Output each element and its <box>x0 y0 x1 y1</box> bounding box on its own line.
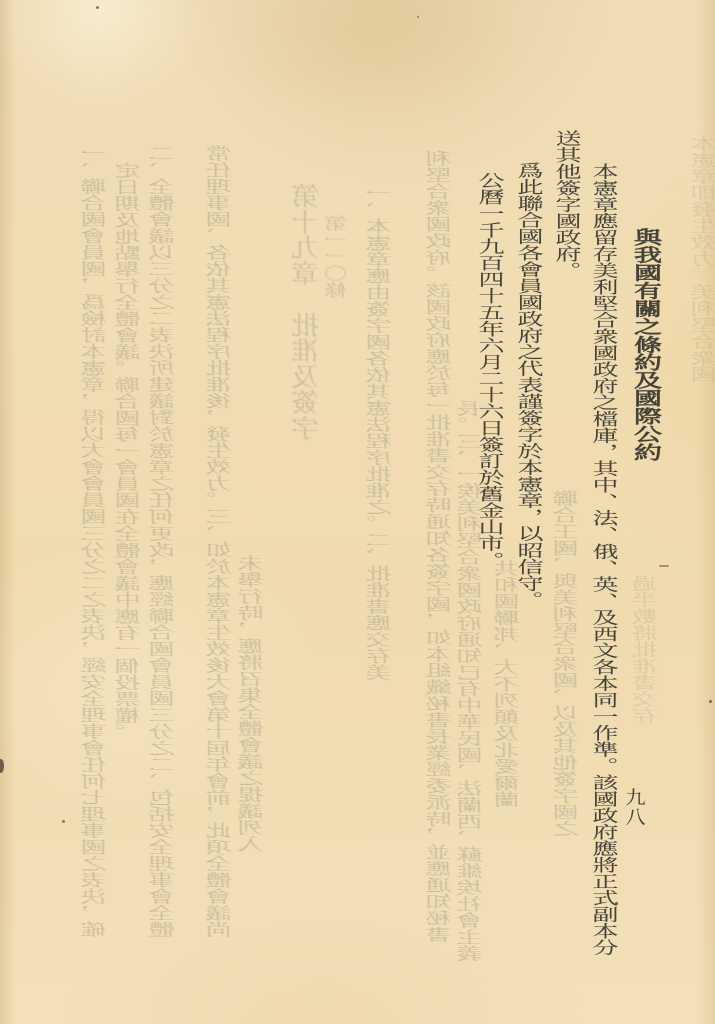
ghost-column: 一、聯合國會員國，爲檢討本憲章，得以大會會員國三分之二之表決，經安全理事會任何七… <box>83 145 109 937</box>
paper-blemish <box>659 565 669 567</box>
paper-blemish <box>96 6 99 9</box>
paper-blemish <box>615 902 618 905</box>
ghost-column: 聯合王國、與美利堅合衆國、以及其他簽字國之 <box>555 490 581 837</box>
ghost-column: 常任理事國、各依其憲法程序批准後，發生效力。三、如於本憲章生效後大會第十屆年會前… <box>208 145 234 937</box>
paper-blemish <box>417 16 419 18</box>
ghost-column: 利堅合衆國政府。該國政府應於每一批准書交存時通知各簽字國，如本組織秘書長業經委派… <box>428 150 454 942</box>
ghost-column: 一、本憲章應由簽字國各依其憲法程序批准之。二、批准書應交存美 <box>368 185 394 680</box>
article-111-continuation-column: 送其他簽字國政府。 <box>553 130 579 279</box>
ghost-column: 未舉行時，應將召集全體會議之提議列入 <box>240 555 266 852</box>
ghost-column: 過半數將批准書交存 <box>634 575 660 724</box>
paper-blemish <box>709 700 712 703</box>
ghost-column: 定日期及地點舉行全體會議。聯合國每一會員國在全體會議中應有一個投票權。 <box>117 162 143 740</box>
running-title-column: 與我國有關之條約及國際公約 <box>631 228 659 461</box>
date-clause-column: 公曆一千九百四十五年六月二十六日簽訂於舊金山市。 <box>476 172 502 568</box>
ghost-column: 二、全體會議以三分之二表決所建議對於憲章之任何更改，應經聯合國會員國三分之二、包… <box>151 145 177 937</box>
paper-blemish <box>62 820 65 823</box>
scanned-book-page: { "document": { "page_number": "九八", "ru… <box>0 0 715 1024</box>
ghost-chapter-heading: 第十九章 批准及簽字 <box>294 183 322 441</box>
paper-background: 一、聯合國會員國，爲檢討本憲章，得以大會會員國三分之二之表決，經安全理事會任何七… <box>0 0 715 1024</box>
paper-blemish <box>0 759 4 773</box>
article-111-text-column: 本憲章應留存美利堅合衆國政府之檔庫，其中、法、俄、英、及西文各本同一作準。該國政… <box>590 163 616 955</box>
signature-clause-column: 爲此聯合國各會員國政府之代表謹簽字於本憲章，以昭信守。 <box>515 162 541 608</box>
ghost-column: 本憲章即發生效力。美利堅合衆國 <box>693 135 715 383</box>
page-number: 九八 <box>623 788 643 827</box>
ghost-article-number: 第一一〇條 <box>326 215 349 298</box>
